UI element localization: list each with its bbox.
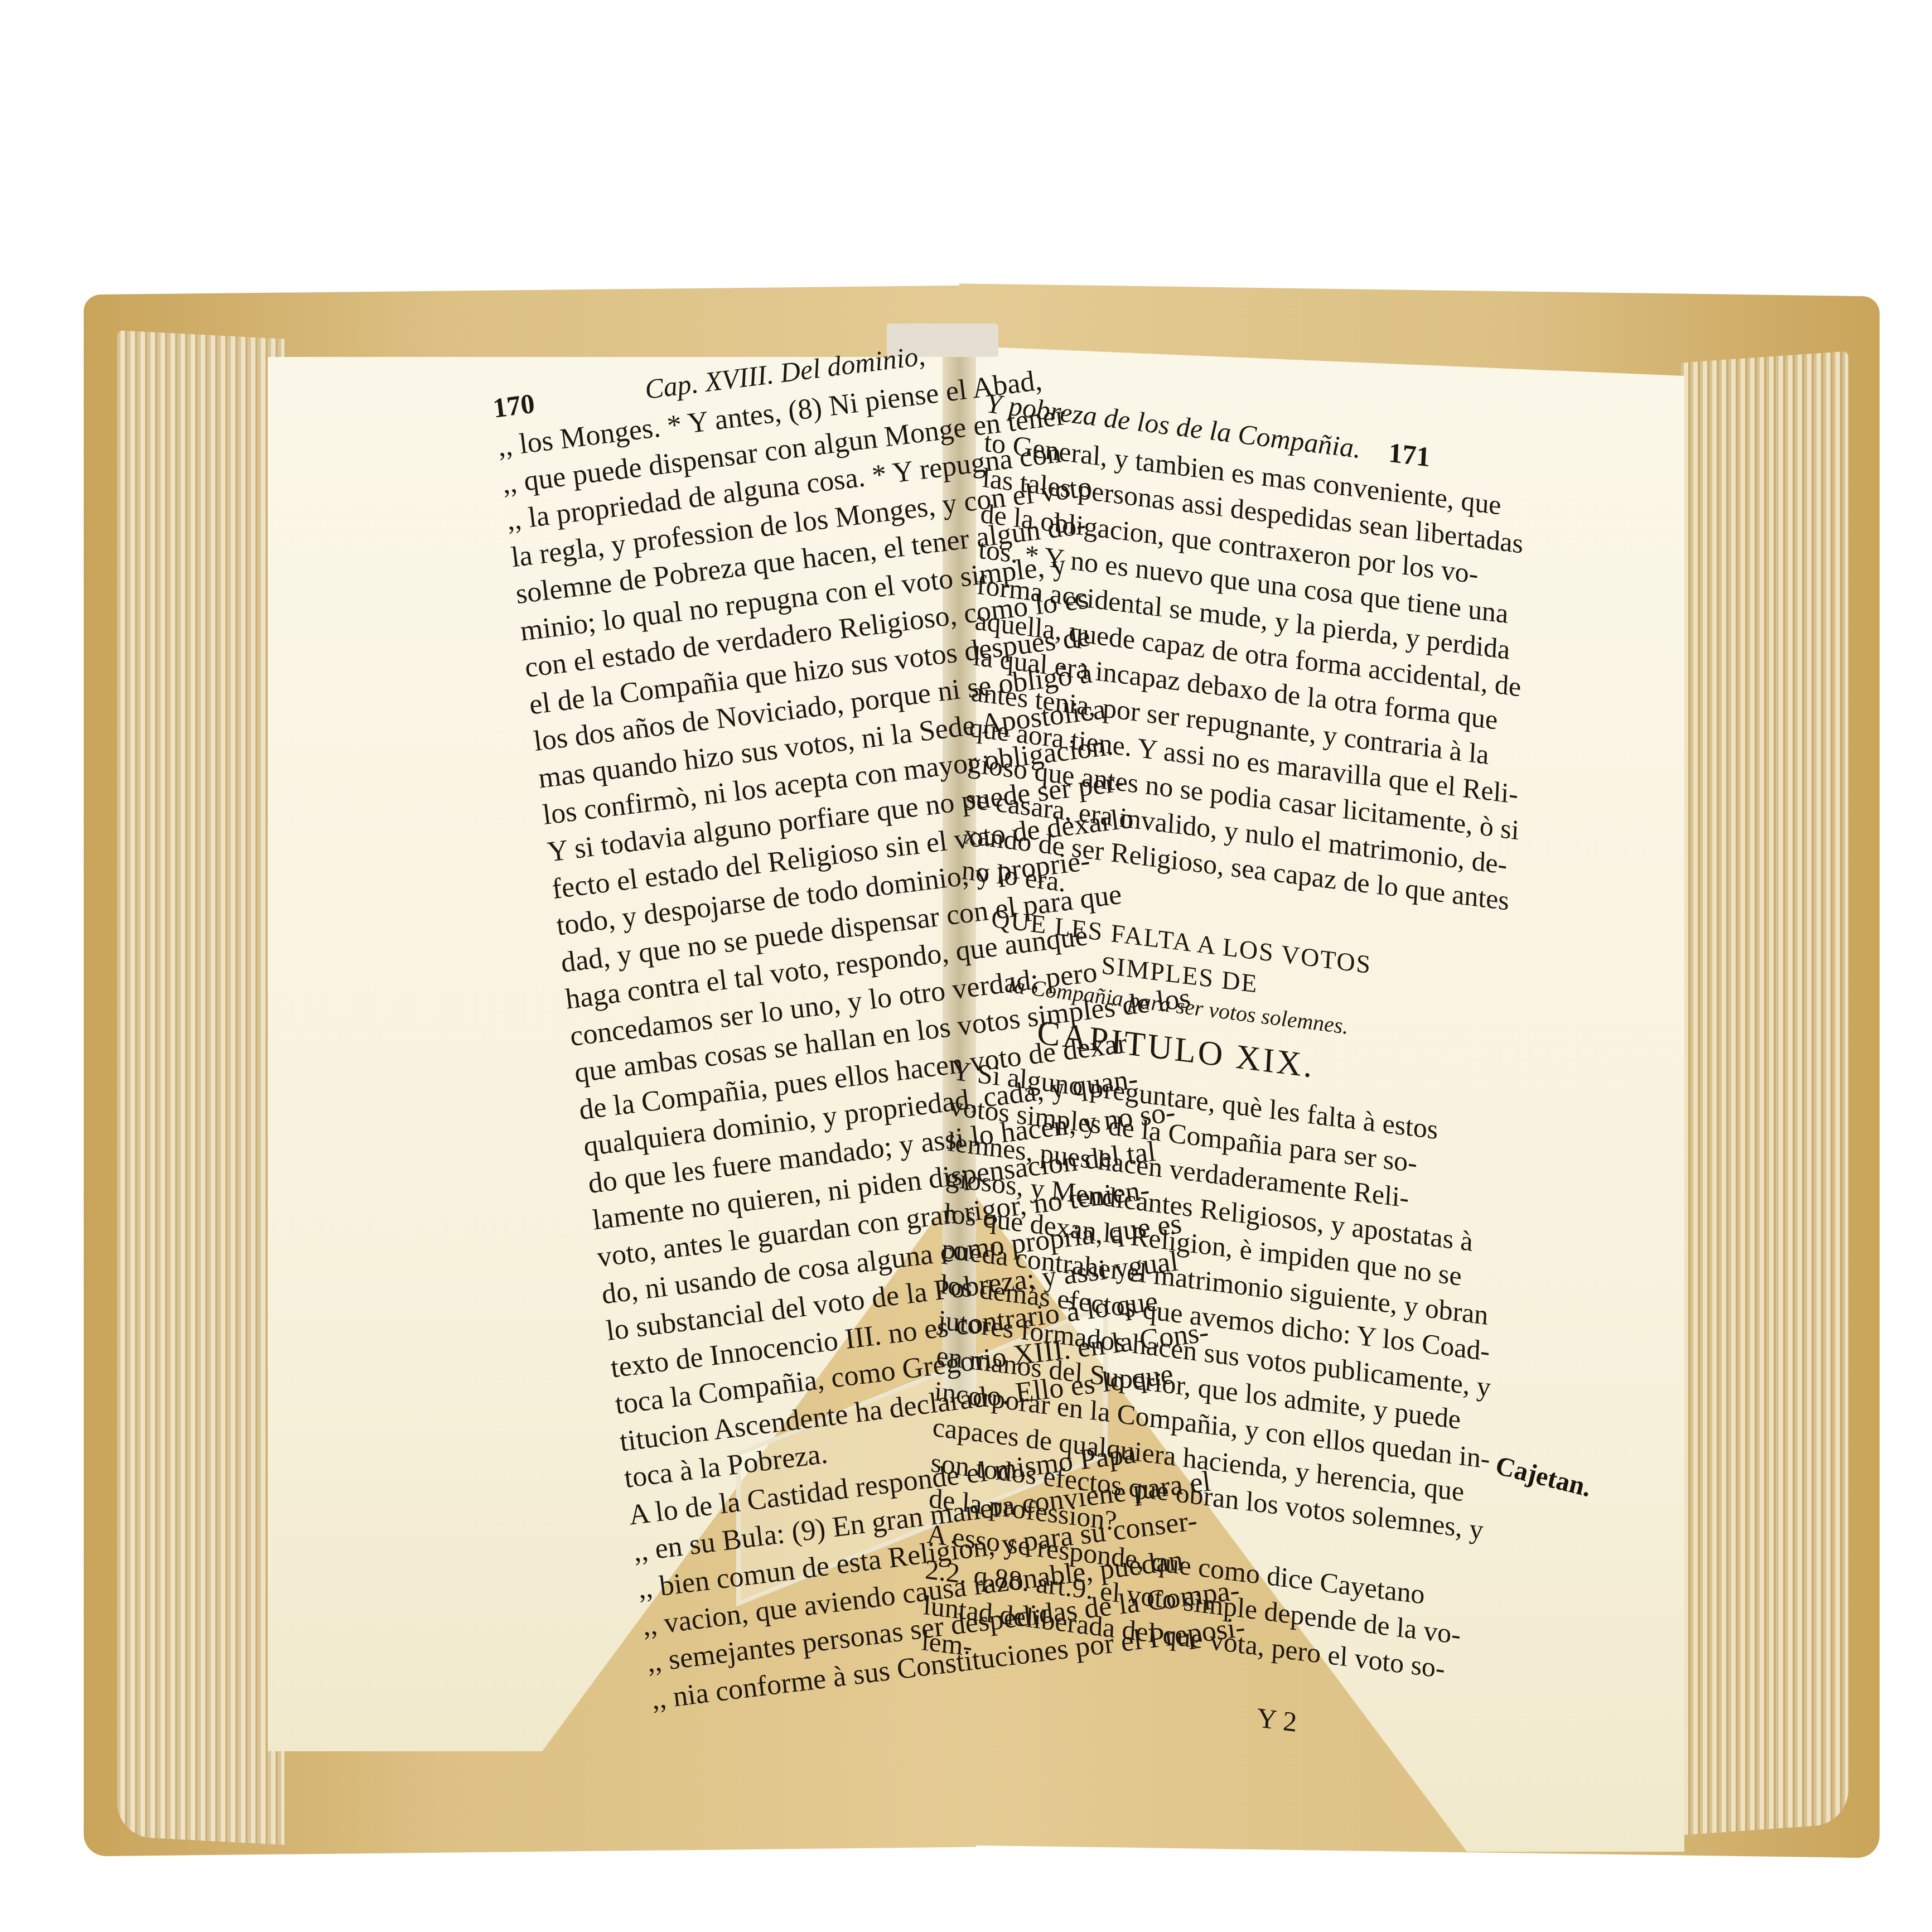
page-number-left: 170 bbox=[491, 385, 537, 426]
page-edges-left bbox=[117, 330, 284, 1845]
right-body-lines: to General, y tambien es mas conveniente… bbox=[961, 424, 1429, 942]
right-page-text: Y pobreza de los de la Compañia. 171 to … bbox=[919, 385, 1431, 1749]
book-photo: 170 Cap. XVIII. Del dominio, ,, los Mong… bbox=[0, 0, 1932, 1932]
chapter-body-lines: Y Si alguno preguntare, què les falta à … bbox=[920, 1052, 1396, 1713]
page-number-right: 171 bbox=[1388, 434, 1431, 475]
page-edges-right bbox=[1681, 351, 1848, 1836]
